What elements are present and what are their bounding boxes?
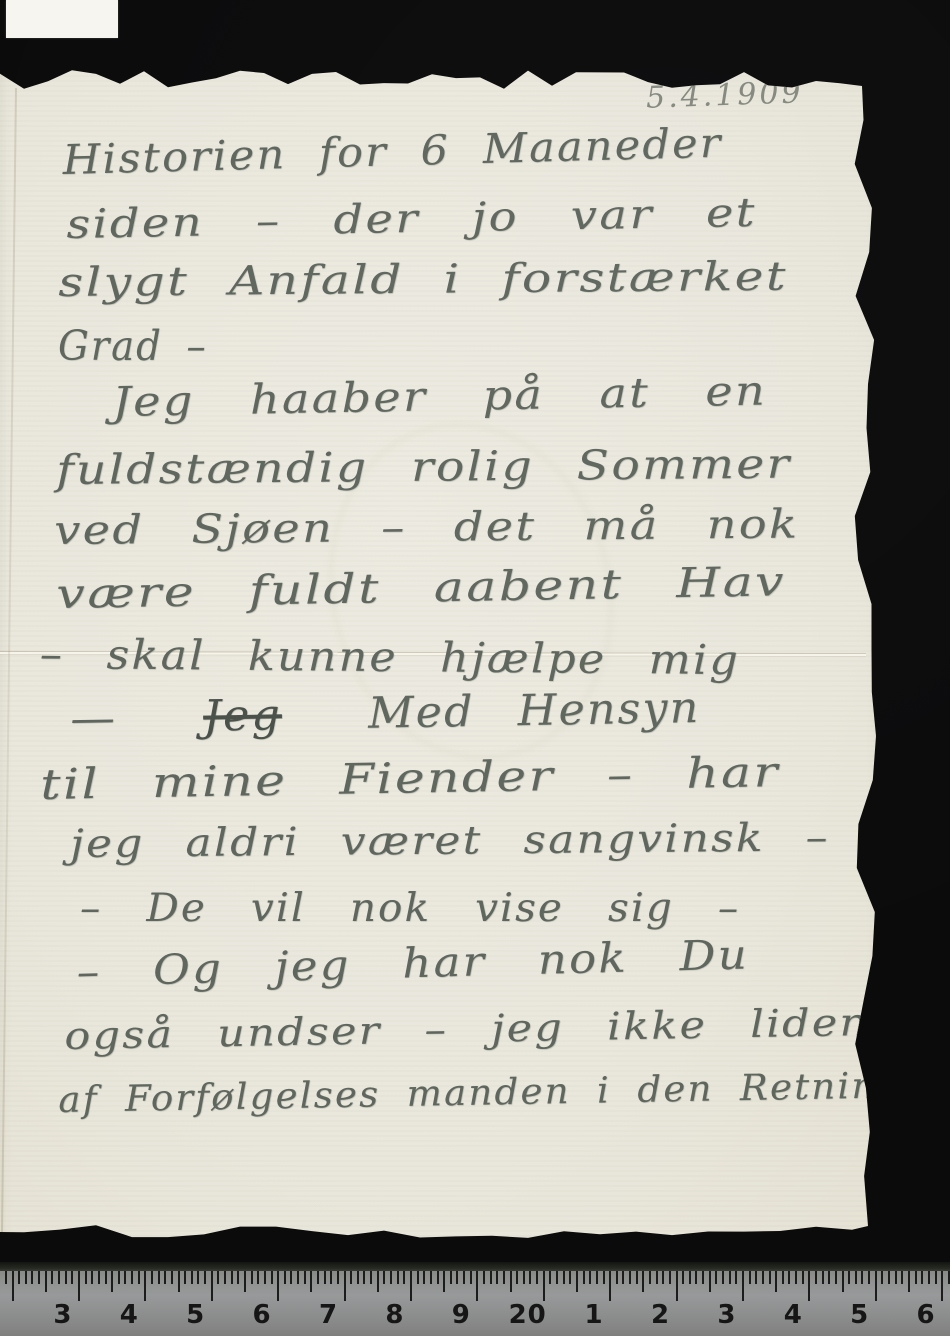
handwritten-line-11: til mine Fiender – har — [40, 747, 780, 809]
ruler-tick — [124, 1271, 126, 1284]
ruler-tick — [18, 1271, 20, 1284]
ruler-tick — [556, 1271, 558, 1284]
ruler-tick — [204, 1271, 206, 1284]
handwritten-line-13: – De vil nok vise sig – — [80, 886, 740, 931]
ruler-tick — [656, 1271, 658, 1284]
ruler-tick — [848, 1271, 850, 1284]
ruler-tick — [702, 1271, 704, 1284]
ruler-tick — [118, 1271, 120, 1284]
ruler-tick — [12, 1271, 14, 1301]
ruler-tick — [636, 1271, 638, 1284]
ruler-tick — [224, 1271, 226, 1284]
ruler-tick — [549, 1271, 551, 1284]
ruler-tick — [881, 1271, 883, 1284]
ruler-tick — [476, 1271, 478, 1301]
ruler-tick — [689, 1271, 691, 1284]
handwritten-line-15: også undser – jeg ikke liden — [64, 1000, 870, 1058]
ruler-tick — [722, 1271, 724, 1284]
ruler-tick — [71, 1271, 73, 1284]
ruler-tick — [622, 1271, 624, 1284]
ruler-tick — [795, 1271, 797, 1284]
ruler-tick — [642, 1271, 644, 1292]
ruler-tick — [237, 1271, 239, 1284]
ruler-tick — [483, 1271, 485, 1284]
ruler-tick — [735, 1271, 737, 1284]
ruler-tick — [915, 1271, 917, 1284]
ruler-tick — [184, 1271, 186, 1284]
ruler-tick — [51, 1271, 53, 1284]
ruler-tick — [178, 1271, 180, 1292]
ruler-tick — [888, 1271, 890, 1284]
ruler-tick — [569, 1271, 571, 1284]
ruler-tick — [158, 1271, 160, 1284]
ruler-tick — [523, 1271, 525, 1284]
ruler-tick — [543, 1271, 545, 1301]
ruler-tick — [563, 1271, 565, 1284]
ruler-tick — [603, 1271, 605, 1284]
ruler-tick — [443, 1271, 445, 1292]
ruler-tick — [490, 1271, 492, 1284]
ruler-tick — [191, 1271, 193, 1284]
ruler-tick — [695, 1271, 697, 1284]
ruler-tick — [855, 1271, 857, 1284]
ruler-tick — [65, 1271, 67, 1284]
struck-word: Jeg — [203, 690, 283, 741]
ruler-tick — [290, 1271, 292, 1284]
ruler-tick — [755, 1271, 757, 1284]
ruler-tick — [264, 1271, 266, 1284]
handwritten-line-16: af Forfølgelses manden i den Retning — [58, 1065, 904, 1121]
ruler-tick — [377, 1271, 379, 1292]
ruler-tick — [211, 1271, 213, 1301]
ruler-tick — [456, 1271, 458, 1284]
letter-paper: 5.4.1909 Historien for 6 Maanedersiden –… — [0, 0, 892, 1252]
vertical-fold-crease — [1, 88, 17, 1238]
ruler-tick — [662, 1271, 664, 1284]
ruler-number-3-10: 3 — [717, 1300, 736, 1330]
ruler-number-5-2: 5 — [186, 1300, 205, 1330]
ruler-tick — [217, 1271, 219, 1284]
ruler-number-6-3: 6 — [253, 1300, 272, 1330]
ruler-tick — [383, 1271, 385, 1284]
ruler-tick — [417, 1271, 419, 1284]
ruler-tick — [782, 1271, 784, 1284]
ruler-tick — [649, 1271, 651, 1284]
ruler-tick — [397, 1271, 399, 1284]
ruler-tick — [948, 1271, 950, 1284]
ruler-number-4-1: 4 — [120, 1300, 139, 1330]
ruler-tick — [151, 1271, 153, 1284]
ruler-tick — [430, 1271, 432, 1284]
handwritten-line-12: jeg aldri været sangvinsk – — [70, 815, 830, 867]
ruler-tick — [470, 1271, 472, 1284]
ruler-top-edge — [0, 1262, 950, 1271]
ruler-tick — [98, 1271, 100, 1284]
ruler-tick — [138, 1271, 140, 1284]
ruler-tick — [463, 1271, 465, 1284]
ruler-tick — [310, 1271, 312, 1292]
ruler-tick — [749, 1271, 751, 1284]
ruler-tick — [802, 1271, 804, 1284]
ruler-tick — [762, 1271, 764, 1284]
ruler-tick — [503, 1271, 505, 1284]
ruler-tick — [868, 1271, 870, 1284]
ruler-tick — [363, 1271, 365, 1284]
ruler-tick — [450, 1271, 452, 1284]
ruler-tick — [496, 1271, 498, 1284]
ruler-tick — [91, 1271, 93, 1284]
ruler-tick — [350, 1271, 352, 1284]
scanned-letter-page: 5.4.1909 Historien for 6 Maanedersiden –… — [0, 0, 950, 1336]
ruler-tick — [390, 1271, 392, 1284]
ruler-number-5-12: 5 — [850, 1300, 869, 1330]
ruler-tick — [324, 1271, 326, 1284]
ruler-tick — [105, 1271, 107, 1284]
ruler-tick — [583, 1271, 585, 1284]
ruler-number-1-8: 1 — [585, 1300, 604, 1330]
ruler-tick — [822, 1271, 824, 1284]
ruler-tick — [171, 1271, 173, 1284]
ruler-tick — [5, 1271, 7, 1284]
ruler-number-8-5: 8 — [385, 1300, 404, 1330]
ruler-tick — [85, 1271, 87, 1284]
ruler-tick — [715, 1271, 717, 1284]
ruler-number-4-11: 4 — [784, 1300, 803, 1330]
ruler-tick — [370, 1271, 372, 1284]
handwritten-line-2: siden – der jo var et — [66, 190, 757, 248]
handwritten-line-9: – skal kunne hjælpe mig — [40, 630, 741, 684]
ruler-number-6-13: 6 — [917, 1300, 936, 1330]
ruler-tick — [271, 1271, 273, 1284]
ruler-tick — [45, 1271, 47, 1292]
ruler-tick — [596, 1271, 598, 1284]
ruler-tick — [815, 1271, 817, 1284]
ruler-tick — [297, 1271, 299, 1284]
handwritten-line-14: – Og jeg har nok Du — [76, 930, 749, 996]
measuring-ruler: 345678920123456 — [0, 1262, 950, 1336]
ruler-tick — [423, 1271, 425, 1284]
handwritten-line-6: fuldstændig rolig Sommer — [56, 440, 792, 494]
ruler-tick — [842, 1271, 844, 1292]
ruler-tick — [808, 1271, 810, 1301]
ruler-number-20-7: 20 — [509, 1300, 547, 1330]
ruler-tick — [682, 1271, 684, 1284]
ruler-tick — [935, 1271, 937, 1284]
ruler-tick — [58, 1271, 60, 1284]
ruler-tick — [901, 1271, 903, 1284]
handwritten-line-7: ved Sjøen – det må nok — [54, 501, 799, 554]
ruler-tick — [31, 1271, 33, 1284]
ruler-tick — [144, 1271, 146, 1301]
ruler-tick — [875, 1271, 877, 1301]
ruler-tick — [529, 1271, 531, 1284]
ruler-tick — [257, 1271, 259, 1284]
ruler-tick — [669, 1271, 671, 1284]
ruler-tick — [908, 1271, 910, 1292]
handwritten-line-8: være fuldt aabent Hav — [56, 557, 786, 618]
handwritten-line-5: Jeg haaber på at en — [112, 367, 767, 426]
ruler-tick — [941, 1271, 943, 1301]
ruler-tick — [589, 1271, 591, 1284]
ruler-tick — [25, 1271, 27, 1284]
ruler-tick — [164, 1271, 166, 1284]
ruler-tick — [828, 1271, 830, 1284]
ruler-tick — [775, 1271, 777, 1292]
ruler-tick — [709, 1271, 711, 1292]
date-annotation: 5.4.1909 — [645, 75, 804, 115]
ruler-tick — [616, 1271, 618, 1284]
ruler-tick — [835, 1271, 837, 1284]
ruler-tick — [317, 1271, 319, 1284]
line-segment: — — [70, 692, 204, 744]
ruler-tick — [742, 1271, 744, 1301]
archive-label-fragment — [6, 0, 118, 38]
ruler-tick — [410, 1271, 412, 1301]
ruler-tick — [78, 1271, 80, 1301]
ruler-tick — [769, 1271, 771, 1284]
ruler-tick — [277, 1271, 279, 1301]
ruler-tick — [337, 1271, 339, 1284]
ruler-number-7-4: 7 — [319, 1300, 338, 1330]
ruler-tick — [629, 1271, 631, 1284]
ruler-tick — [38, 1271, 40, 1284]
ruler-tick — [921, 1271, 923, 1284]
ruler-tick — [895, 1271, 897, 1284]
handwritten-line-10: — Jeg Med Hensyn — [70, 683, 701, 744]
ruler-tick — [861, 1271, 863, 1284]
ruler-tick — [330, 1271, 332, 1284]
ruler-tick — [197, 1271, 199, 1284]
ruler-tick — [788, 1271, 790, 1284]
ruler-tick — [536, 1271, 538, 1284]
ruler-number-3-0: 3 — [53, 1300, 72, 1330]
ruler-tick — [244, 1271, 246, 1292]
ruler-tick — [403, 1271, 405, 1284]
ruler-tick — [231, 1271, 233, 1284]
ruler-tick — [510, 1271, 512, 1292]
ruler-tick — [516, 1271, 518, 1284]
ruler-tick — [304, 1271, 306, 1284]
ruler-number-2-9: 2 — [651, 1300, 670, 1330]
ruler-tick — [284, 1271, 286, 1284]
ruler-tick — [344, 1271, 346, 1301]
ruler-tick — [357, 1271, 359, 1284]
ruler-tick — [437, 1271, 439, 1284]
ruler-tick — [251, 1271, 253, 1284]
handwritten-line-1: Historien for 6 Maaneder — [62, 119, 723, 184]
ruler-tick — [131, 1271, 133, 1284]
handwritten-line-4: Grad – — [58, 322, 208, 370]
handwritten-line-3: slygt Anfald i forstærket — [58, 254, 788, 306]
ruler-tick — [928, 1271, 930, 1284]
ruler-tick — [576, 1271, 578, 1292]
ruler-tick — [729, 1271, 731, 1284]
line-segment: Med Hensyn — [281, 683, 700, 740]
ruler-tick — [676, 1271, 678, 1301]
ruler-tick — [609, 1271, 611, 1301]
ruler-tick — [111, 1271, 113, 1292]
ruler-number-9-6: 9 — [452, 1300, 471, 1330]
